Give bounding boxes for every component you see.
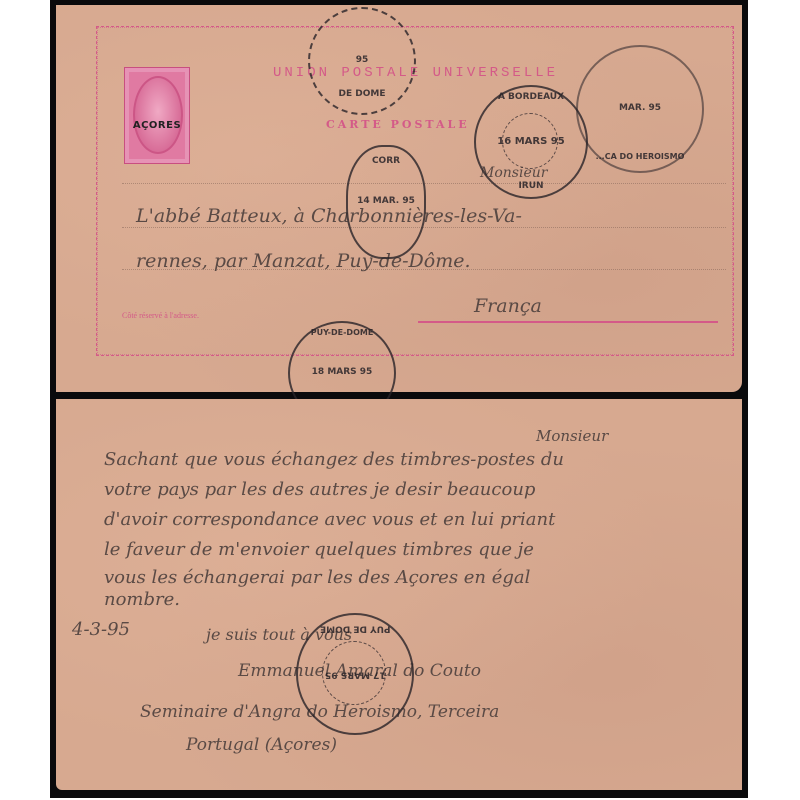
letter-line-6: nombre. xyxy=(104,589,180,610)
letter-line-4: le faveur de m'envoier quelques timbres … xyxy=(104,539,534,560)
address-line-2: rennes, par Manzat, Puy-de-Dôme. xyxy=(136,250,471,272)
postcard-back: Monsieur Sachant que vous échangez des t… xyxy=(56,399,742,790)
carte-postale-title: CARTE POSTALE xyxy=(326,118,470,131)
letter-salutation: Monsieur xyxy=(536,427,608,445)
postmark-correio: CORR 14 MAR. 95 xyxy=(346,145,426,259)
address-line-1: L'abbé Batteux, à Charbonnières-les-Va- xyxy=(136,205,522,227)
stamp-overprint: AÇORES xyxy=(125,120,189,131)
letter-line-2: votre pays par les des autres je desir b… xyxy=(104,479,535,500)
postmark-puy-de-dome-back: PUY DE DOME 17 MARS 95 xyxy=(296,613,414,735)
imprinted-stamp: AÇORES xyxy=(124,67,190,164)
king-portrait-icon xyxy=(133,76,183,154)
postmark-irun-bordeaux: A BORDEAUX IRUN 16 MARS 95 xyxy=(474,85,588,199)
letter-address-2: Portugal (Açores) xyxy=(186,735,337,755)
postmark-angra-do-heroismo: ...CA DO HEROISMO MAR. 95 xyxy=(576,45,704,173)
postcard-front: AÇORES UNION POSTALE UNIVERSELLE CARTE P… xyxy=(56,5,742,392)
address-side-note: Côté réservé à l'adresse. xyxy=(122,311,199,320)
letter-line-5: vous les échangerai par les des Açores e… xyxy=(104,567,530,588)
address-line-guide xyxy=(122,227,726,228)
postmark-puy-de-dome: DE DOME 95 xyxy=(308,7,416,115)
country-underline xyxy=(418,321,718,323)
letter-line-1: Sachant que vous échangez des timbres-po… xyxy=(104,449,564,470)
letter-line-3: d'avoir correspondance avec vous et en l… xyxy=(104,509,555,530)
letter-date: 4-3-95 xyxy=(72,619,130,640)
address-country: França xyxy=(474,295,542,317)
